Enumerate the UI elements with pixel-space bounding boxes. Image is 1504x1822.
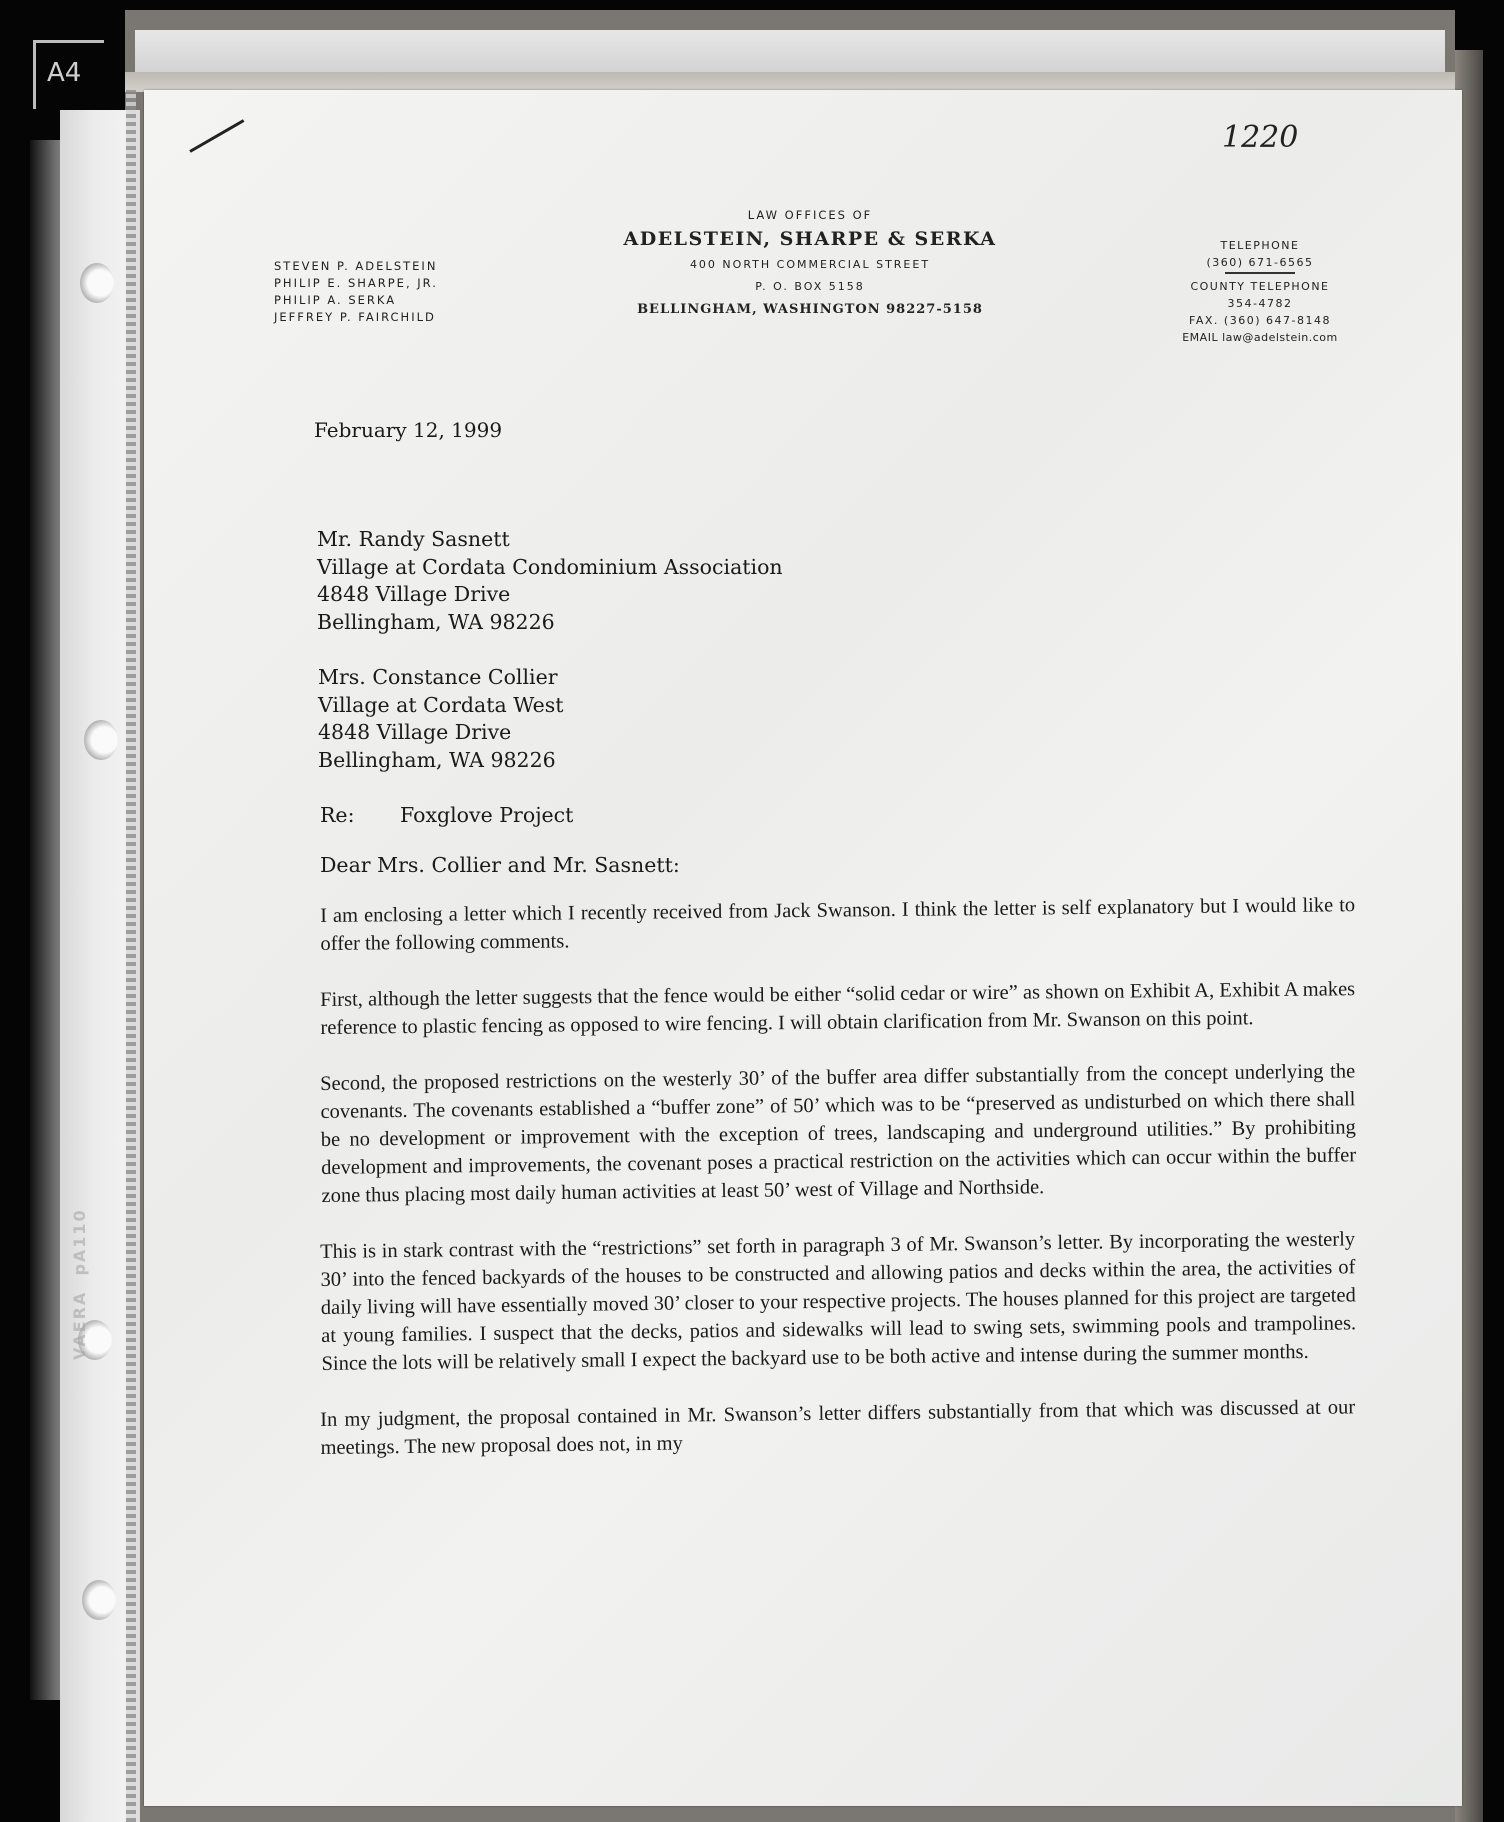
recipient-address: Mr. Randy Sasnett Village at Cordata Con… bbox=[317, 526, 783, 636]
divider bbox=[1225, 272, 1295, 274]
firm-contact: TELEPHONE (360) 671-6565 COUNTY TELEPHON… bbox=[1160, 237, 1360, 346]
body-paragraph: I am enclosing a letter which I recently… bbox=[320, 891, 1356, 958]
address-line: Mr. Randy Sasnett bbox=[317, 526, 783, 554]
fax-number: FAX. (360) 647-8148 bbox=[1160, 312, 1360, 329]
email-address: EMAIL law@adelstein.com bbox=[1160, 329, 1360, 346]
paper-size-label: A4 bbox=[47, 58, 81, 88]
address-line: Village at Cordata West bbox=[318, 692, 564, 720]
partner-name: PHILIP E. SHARPE, JR. bbox=[274, 275, 438, 292]
address-line: Bellingham, WA 98226 bbox=[317, 609, 783, 637]
punch-hole-icon bbox=[84, 720, 118, 760]
partner-name: STEVEN P. ADELSTEIN bbox=[274, 258, 438, 275]
address-line: 4848 Village Drive bbox=[318, 719, 564, 747]
body-paragraph: This is in stark contrast with the “rest… bbox=[320, 1225, 1357, 1378]
punch-hole-icon bbox=[82, 1580, 116, 1620]
telephone-number: (360) 671-6565 bbox=[1160, 254, 1360, 271]
handwritten-number: 1220 bbox=[1222, 120, 1298, 155]
re-label: Re: bbox=[320, 803, 400, 827]
partner-name: PHILIP A. SERKA bbox=[274, 292, 438, 309]
firm-name: ADELSTEIN, SHARPE & SERKA bbox=[570, 228, 1050, 250]
sheet-protector-perforation bbox=[126, 90, 136, 1822]
county-telephone-number: 354-4782 bbox=[1160, 295, 1360, 312]
recipient-address: Mrs. Constance Collier Village at Cordat… bbox=[318, 664, 564, 774]
firm-city: BELLINGHAM, WASHINGTON 98227-5158 bbox=[570, 302, 1050, 317]
address-line: Village at Cordata Condominium Associati… bbox=[317, 554, 783, 582]
address-line: Mrs. Constance Collier bbox=[318, 664, 564, 692]
letter-date: February 12, 1999 bbox=[314, 418, 502, 442]
firm-po-box: P. O. BOX 5158 bbox=[570, 280, 1050, 293]
firm-street: 400 NORTH COMMERCIAL STREET bbox=[570, 258, 1050, 271]
body-paragraph: First, although the letter suggests that… bbox=[320, 975, 1356, 1042]
re-subject: Foxglove Project bbox=[400, 803, 573, 827]
law-offices-label: LAW OFFICES OF bbox=[570, 208, 1050, 222]
body-paragraph: In my judgment, the proposal contained i… bbox=[320, 1393, 1356, 1462]
protector-brand-text: VAERA pA110 bbox=[70, 1120, 130, 1360]
county-telephone-label: COUNTY TELEPHONE bbox=[1160, 278, 1360, 295]
sheet-protector-top-edge bbox=[125, 72, 1455, 92]
subject-line: Re:Foxglove Project bbox=[320, 803, 573, 827]
partner-list: STEVEN P. ADELSTEIN PHILIP E. SHARPE, JR… bbox=[274, 258, 438, 326]
body-paragraph: Second, the proposed restrictions on the… bbox=[320, 1057, 1357, 1210]
salutation: Dear Mrs. Collier and Mr. Sasnett: bbox=[320, 853, 680, 877]
partner-name: JEFFREY P. FAIRCHILD bbox=[274, 309, 438, 326]
address-line: 4848 Village Drive bbox=[317, 581, 783, 609]
telephone-label: TELEPHONE bbox=[1160, 237, 1360, 254]
punch-hole-icon bbox=[80, 263, 114, 303]
firm-header: LAW OFFICES OF ADELSTEIN, SHARPE & SERKA… bbox=[570, 208, 1050, 317]
address-line: Bellingham, WA 98226 bbox=[318, 747, 564, 775]
letter-body: I am enclosing a letter which I recently… bbox=[320, 902, 1355, 1490]
